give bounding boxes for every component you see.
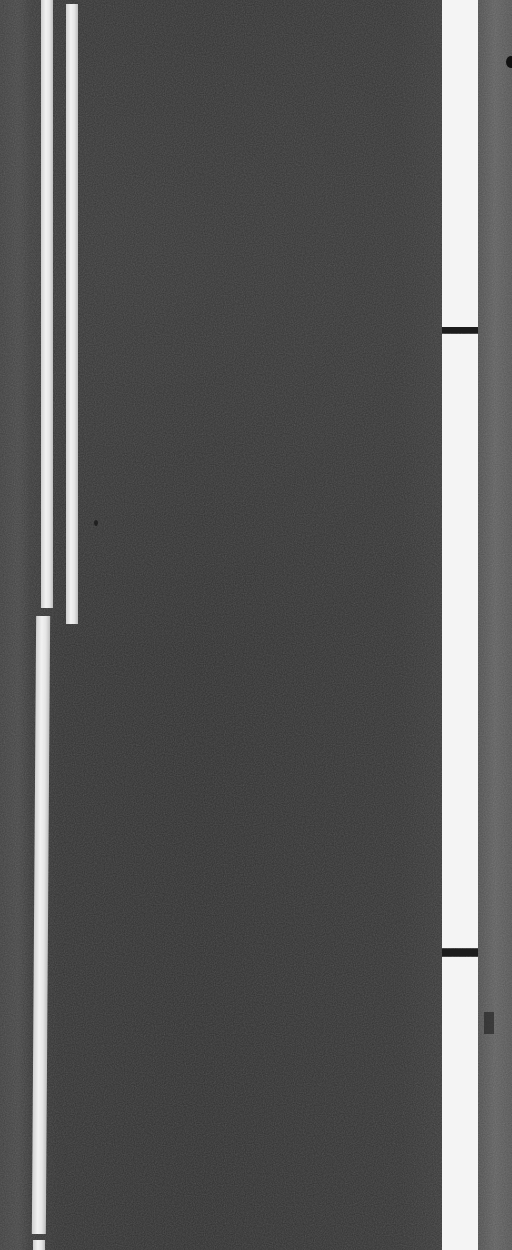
- left-outer-line-top: [41, 0, 53, 608]
- segment-joint-1: [442, 327, 478, 333]
- dark-spot: [506, 56, 512, 68]
- dark-mark: [484, 1012, 494, 1034]
- left-inner-line: [66, 4, 78, 624]
- road-scene: [0, 0, 512, 1250]
- small-spot: [94, 520, 98, 526]
- left-outer-line-bottom-stub: [33, 1240, 45, 1250]
- right-edge-line-segment-1: [442, 0, 478, 327]
- right-edge-line-segment-3: [442, 957, 478, 1250]
- right-edge-line-segment-2: [442, 334, 478, 948]
- segment-joint-2: [442, 949, 478, 956]
